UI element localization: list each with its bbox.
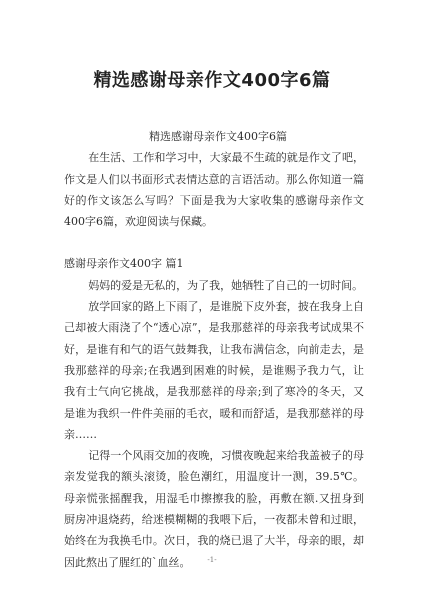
paragraph: 记得一个风雨交加的夜晚，习惯夜晚起来给我盖被子的母亲发觉我的额头滚烫，脸色潮红，… — [64, 445, 364, 573]
document-title: 精选感谢母亲作文400字6篇 — [0, 66, 424, 92]
document-page: 精选感谢母亲作文400字6篇 精选感谢母亲作文400字6篇 在生活、工作和学习中… — [0, 0, 424, 600]
paragraph: 妈妈的爱是无私的，为了我，她牺牲了自己的一切时间。 — [64, 275, 364, 296]
document-subtitle: 精选感谢母亲作文400字6篇 — [64, 126, 364, 147]
page-number: -1- — [0, 556, 424, 564]
paragraph: 放学回家的路上下雨了，是谁脱下皮外套，披在我身上自己却被大雨浇了个“透心凉”，是… — [64, 296, 364, 445]
document-body: 精选感谢母亲作文400字6篇 在生活、工作和学习中，大家最不生疏的就是作文了吧，… — [64, 126, 364, 573]
intro-paragraph: 在生活、工作和学习中，大家最不生疏的就是作文了吧，作文是人们以书面形式表情达意的… — [64, 147, 364, 232]
section-heading: 感谢母亲作文400字 篇1 — [64, 253, 364, 274]
